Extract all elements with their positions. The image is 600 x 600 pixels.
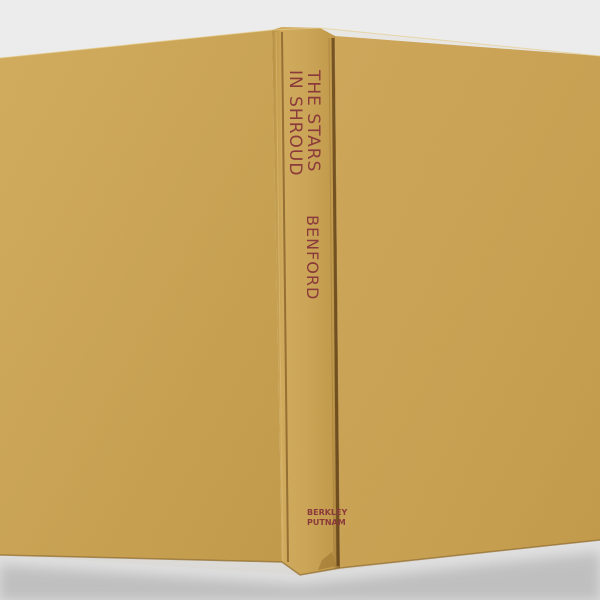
spine-title: THE STARS IN SHROUD bbox=[286, 70, 322, 176]
spine-publisher-line-2: PUTNAM bbox=[307, 518, 347, 528]
spine-publisher-line-1: BERKLEY bbox=[307, 508, 347, 518]
spine-title-line-2: IN SHROUD bbox=[286, 70, 304, 176]
spine-publisher: BERKLEY PUTNAM bbox=[307, 508, 347, 528]
spine-title-line-1: THE STARS bbox=[304, 70, 322, 176]
spine-author: BENFORD bbox=[303, 215, 322, 300]
